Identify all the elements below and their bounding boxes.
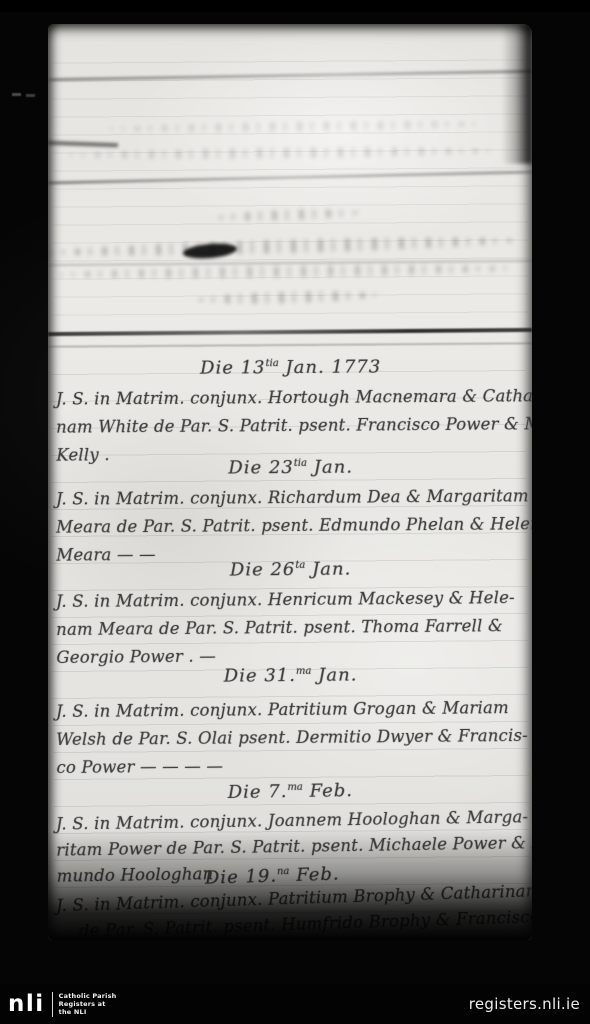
manuscript-page: Die 13tia Jan. 1773 J. S. in Matrim. con…	[48, 24, 532, 940]
entry-date-heading: Die 13tia Jan. 1773	[56, 350, 526, 379]
date-text: Jan. 1773	[279, 356, 382, 378]
entry-date-heading: Die 26ta Jan.	[56, 552, 526, 582]
register-entry: Die 26ta Jan. J. S. in Matrim. conjunx. …	[56, 552, 527, 672]
entry-line: J. S. in Matrim. conjunx. Henricum Macke…	[56, 584, 526, 616]
entry-line: nam Meara de Par. S. Patrit. psent. Thom…	[56, 612, 526, 644]
brand-line: Catholic Parish	[59, 992, 117, 1000]
entry-date-heading: Die 31.ma Jan.	[55, 658, 525, 688]
register-entry: Die 31.ma Jan. J. S. in Matrim. conjunx.…	[55, 658, 526, 782]
film-margin-marks	[12, 93, 21, 96]
nli-logo-group: nli Catholic Parish Registers at the NLI	[8, 991, 117, 1017]
page-fold-line	[48, 328, 532, 336]
entry-line: nam White de Par. S. Patrit. psent. Fran…	[56, 410, 526, 441]
brand-line: the NLI	[59, 1008, 117, 1016]
date-text: Jan.	[305, 558, 351, 579]
register-scan-image[interactable]: Die 13tia Jan. 1773 J. S. in Matrim. con…	[0, 0, 590, 984]
date-text: Jan.	[307, 457, 353, 478]
brand-line: Registers at	[59, 1000, 117, 1008]
logo-divider	[52, 992, 53, 1017]
date-text: Die 7.	[228, 781, 288, 803]
entry-date-heading: Die 23tia Jan.	[56, 450, 526, 479]
date-superscript: tia	[266, 358, 279, 369]
date-superscript: tia	[294, 458, 307, 469]
date-text: Die 31.	[224, 665, 296, 687]
page-corner-shadow	[502, 24, 532, 164]
date-text: Die 26	[230, 559, 296, 581]
top-black-strip	[0, 0, 590, 12]
entry-line: J. S. in Matrim. conjunx. Richardum Dea …	[56, 482, 526, 513]
entry-line: Welsh de Par. S. Olai psent. Dermitio Dw…	[56, 722, 526, 754]
date-text: Feb.	[303, 780, 353, 802]
brand-text: Catholic Parish Registers at the NLI	[59, 992, 117, 1016]
entry-line: Meara de Par. S. Patrit. psent. Edmundo …	[56, 510, 526, 541]
date-superscript: ma	[296, 666, 312, 677]
entry-line: J. S. in Matrim. conjunx. Patritium Grog…	[56, 694, 526, 726]
date-text: Jan.	[311, 664, 357, 685]
page-bottom-shadow	[48, 830, 532, 940]
date-superscript: ta	[295, 560, 305, 571]
nli-logo: nli	[8, 991, 45, 1017]
date-text: Die 23	[228, 457, 294, 478]
date-text: Die 13	[200, 357, 266, 378]
site-url: registers.nli.ie	[469, 995, 580, 1013]
entry-line: J. S. in Matrim. conjunx. Hortough Macne…	[56, 382, 526, 413]
upper-page-ruling	[51, 42, 529, 325]
date-superscript: ma	[287, 782, 303, 793]
footer-bar: nli Catholic Parish Registers at the NLI…	[0, 984, 590, 1024]
